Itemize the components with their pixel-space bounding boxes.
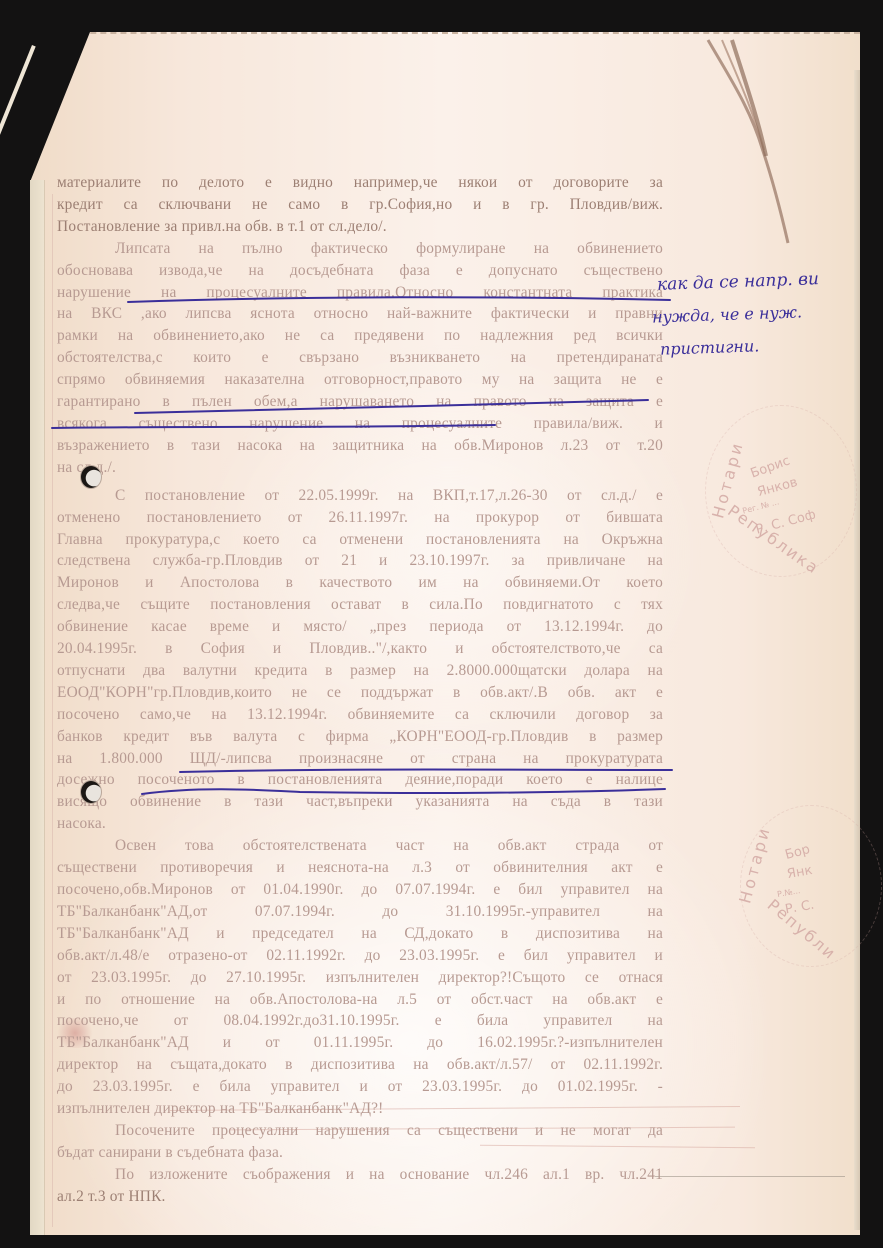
text-line: ал.2 т.3 от НПК. — [57, 1186, 663, 1208]
text-line: По изложените съображения и на основание… — [57, 1164, 663, 1186]
text-line: и по отношение на обв.Апостолова-на л.5 … — [57, 989, 663, 1011]
text-line: нарушение на процесуалните правила.Относ… — [57, 282, 663, 304]
text-line: бъдат санирани в съдебната фаза. — [57, 1142, 663, 1164]
text-line: директор на същата,докато в диспозитива … — [57, 1054, 663, 1076]
text-line: ЕООД"КОРН"гр.Пловдив,които не се поддърж… — [57, 682, 663, 704]
punch-hole — [80, 465, 102, 489]
text-line: възражението в тази насока на защитника … — [57, 435, 663, 457]
text-line: 20.04.1995г. в София и Пловдив.."/,както… — [57, 638, 663, 660]
text-line: гарантирано в пълен обем,а нарушаването … — [57, 391, 663, 413]
pencil-scribble-icon — [700, 38, 810, 248]
text-line: следствена служба-гр.Пловдив от 21 и 23.… — [57, 550, 663, 572]
paragraph-3: С постановление от 22.05.1999г. на ВКП,т… — [57, 485, 663, 836]
text-line: кредит са сключвани не само в гр.София,н… — [57, 194, 663, 216]
text-line: ТБ"Балканбанк"АД и председател на СД,док… — [57, 923, 663, 945]
paragraph-2: Липсата на пълно фактическо формулиране … — [57, 238, 663, 479]
text-line: до 23.03.1995г. е била управител и от 23… — [57, 1076, 663, 1098]
text-line: от 23.03.1995г. до 27.10.1995г. изпълнит… — [57, 967, 663, 989]
faint-rule-line — [655, 1176, 845, 1177]
binding-strip — [30, 180, 45, 1235]
text-line: следва,че същите постановления остават в… — [57, 594, 663, 616]
text-line: обосновава извода,че на досъдебната фаза… — [57, 260, 663, 282]
text-line: посочено,обв.Миронов от 01.04.1990г. до … — [57, 879, 663, 901]
text-line: висящо обвинение в тази част,въпреки ука… — [57, 791, 663, 813]
paper-right-edge — [854, 70, 860, 1230]
paper-fold-edge — [0, 45, 36, 186]
notary-stamp-upper: Нотари Република Борис Янков Рег. № ... … — [700, 400, 870, 590]
typewritten-text: материалите по делото е видно например,ч… — [57, 172, 663, 1208]
text-line: съществени противоречия и неяснота-на л.… — [57, 857, 663, 879]
text-line: на сл.д./. — [57, 457, 663, 479]
text-line: Посочените процесуални нарушения са съще… — [57, 1120, 663, 1142]
text-line: ТБ"Балканбанк"АД и от 01.11.1995г. до 16… — [57, 1032, 663, 1054]
text-line: посочено само,че на 13.12.1994г. обвиняе… — [57, 704, 663, 726]
text-line: на 1.800.000 ЩД/-липсва произнасяне от с… — [57, 748, 663, 770]
notary-stamp-lower: Нотари Републи Бор Янк Р.№... Р. С. — [735, 800, 865, 970]
text-line: Главна прокуратура,с което са отменени п… — [57, 529, 663, 551]
text-line: Освен това обстоятелствената част на обв… — [57, 835, 663, 857]
paragraph-4: Освен това обстоятелствената част на обв… — [57, 835, 663, 1120]
punch-hole — [80, 780, 102, 804]
text-line: обстоятелства,с които е свързано възникв… — [57, 347, 663, 369]
text-line: рамки на обвинението,ако не са предявени… — [57, 325, 663, 347]
paragraph-5: Посочените процесуални нарушения са съще… — [57, 1120, 663, 1164]
text-line: обвинение касае време и място/ „през пер… — [57, 616, 663, 638]
text-line: досежно посоченото в постановленията дея… — [57, 769, 663, 791]
paragraph-6: По изложените съображения и на основание… — [57, 1164, 663, 1208]
text-line: отменено постановлението от 26.11.1997г.… — [57, 507, 663, 529]
handwritten-note-line-3: пристигни. — [660, 336, 760, 358]
text-line: отпуснати два валутни кредита в размер н… — [57, 660, 663, 682]
text-line: изпълнителен директор на ТБ"Балканбанк"А… — [57, 1098, 663, 1120]
text-line: Липсата на пълно фактическо формулиране … — [57, 238, 663, 260]
text-line: ТБ"Балканбанк"АД,от 07.07.1994г. до 31.1… — [57, 901, 663, 923]
text-line: насока. — [57, 813, 663, 835]
text-line: на ВКС ,ако липсва яснота относно най-ва… — [57, 303, 663, 325]
text-line: Миронов и Апостолова в качеството им на … — [57, 572, 663, 594]
text-line: банков кредит във валута с фирма „КОРН"Е… — [57, 726, 663, 748]
text-line: всякога съществено нарушение на процесуа… — [57, 413, 663, 435]
text-line: Постановление за привл.на обв. в т.1 от … — [57, 216, 663, 238]
text-line: обв.акт/л.48/е отразено-от 02.11.1992г. … — [57, 945, 663, 967]
text-line: спрямо обвиняемия наказателна отговорнос… — [57, 369, 663, 391]
text-line: С постановление от 22.05.1999г. на ВКП,т… — [57, 485, 663, 507]
text-line: посочено,че от 08.04.1992г.до31.10.1995г… — [57, 1010, 663, 1032]
paragraph-1: материалите по делото е видно например,ч… — [57, 172, 663, 238]
text-line: материалите по делото е видно например,ч… — [57, 172, 663, 194]
